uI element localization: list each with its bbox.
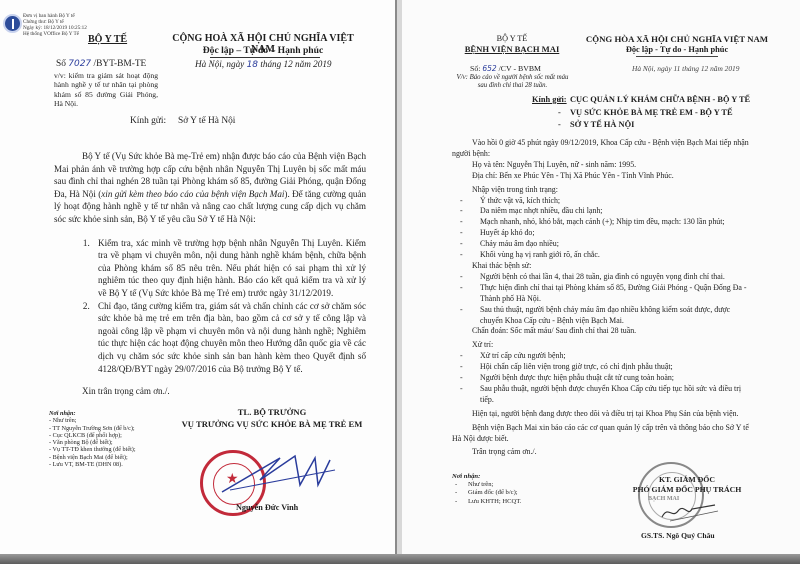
motto-underline [210, 57, 320, 58]
admission-item: Huyết áp khó đo; [480, 228, 752, 239]
closing-line: Trân trọng cảm ơn./. [452, 447, 752, 458]
closing-line: Xin trân trọng cảm ơn./. [82, 386, 170, 396]
request-item: Kiểm tra, xác minh về trường hợp bệnh nh… [92, 237, 366, 300]
document-date: Hà Nội, ngày 11 tháng 12 năm 2019 [632, 64, 739, 73]
admission-label: Nhập viện trong tình trạng: [452, 185, 752, 196]
distribution-label: Nơi nhận: [49, 410, 136, 417]
doc-number-prefix: Số [56, 59, 66, 69]
treatment-item: Hội chẩn cấp liên viện trong giờ trực, c… [480, 362, 752, 373]
signatory-title-line-1: KT. GIÁM ĐỐC [612, 475, 762, 485]
distribution-label: Nơi nhận: [452, 473, 521, 481]
distribution-item: - Văn phòng Bộ (để biết); [49, 439, 136, 446]
history-item: Người bệnh có thai lần 4, thai 28 tuần, … [480, 272, 752, 283]
current-status: Hiện tại, người bệnh đang được theo dõi … [452, 409, 752, 420]
handwritten-signature-icon [660, 503, 720, 523]
signatory-title-line-2: PHÓ GIÁM ĐỐC PHỤ TRÁCH [612, 485, 762, 495]
letter-body: Bộ Y tế (Vụ Sức khỏe Bà mẹ-Trẻ em) nhận … [54, 150, 366, 375]
document-subject: V/v: Báo cáo về người bệnh sốc mất máu s… [455, 74, 570, 90]
recipient: Sở Y tế Hà Nội [178, 116, 235, 126]
date-suffix: tháng 12 năm 2019 [260, 59, 331, 69]
admission-item: Ý thức vật vã, kích thích; [480, 196, 752, 207]
kinh-gui-label: Kính gửi: [532, 95, 567, 104]
scanner-bottom-edge [0, 554, 800, 564]
admission-list: Ý thức vật vã, kích thích; Da niêm mạc n… [452, 196, 752, 261]
e-signature-metadata: Đơn vị ban hành Bộ Y tế Chứng thư: Bộ Y … [23, 13, 87, 37]
doc-number-suffix: /BYT-BM-TE [94, 59, 147, 69]
request-list: Kiểm tra, xác minh về trường hợp bệnh nh… [54, 237, 366, 376]
distribution-items: Như trên; Giám đốc (để b/c); Lưu KHTH; H… [452, 481, 521, 506]
patient-address: Địa chỉ: Bến xe Phúc Yên - Thị Xã Phúc Y… [452, 171, 752, 182]
motto-underline [636, 56, 718, 57]
admission-item: Khối vùng hạ vị ranh giới rõ, ấn chắc. [480, 250, 752, 261]
distribution-item: - TT Nguyễn Trường Sơn (để b/c); [49, 425, 136, 432]
parent-agency: BỘ Y TẾ [462, 34, 562, 43]
date-day-handwritten: 18 [247, 60, 258, 70]
distribution-item: - Vụ TT-TĐ khen thưởng (để biết); [49, 446, 136, 453]
history-item: Sau thủ thuật, người bệnh chảy máu âm đạ… [480, 305, 752, 327]
stamp-text: BẠCH MAI [648, 496, 679, 502]
history-list: Người bệnh có thai lần 4, thai 28 tuần, … [452, 272, 752, 327]
document-date: Hà Nội, ngày 18 tháng 12 năm 2019 [195, 59, 332, 70]
recipient-item: CỤC QUẢN LÝ KHÁM CHỮA BỆNH - BỘ Y TẾ [570, 94, 750, 107]
doc-number-prefix: Số: [470, 64, 480, 73]
distribution-list: Nơi nhận: Như trên; Giám đốc (để b/c); L… [452, 473, 521, 506]
history-item: Thực hiện đình chỉ thai tại Phòng khám s… [480, 283, 752, 305]
intro-italic: xin gửi kèm theo báo cáo của bệnh viện B… [101, 189, 284, 199]
doc-number-handwritten: 652 [482, 64, 496, 73]
recipient-item: SỞ Y TẾ HÀ NỘI [570, 119, 750, 132]
treatment-list: Xử trí cấp cứu người bệnh; Hội chẩn cấp … [452, 351, 752, 406]
treatment-label: Xử trí: [452, 340, 752, 351]
history-label: Khai thác bệnh sử: [452, 261, 752, 272]
admission-item: Chảy máu âm đạo nhiều; [480, 239, 752, 250]
distribution-item: - Lưu VT, BM-TE (DHN 08). [49, 461, 136, 468]
date-prefix: Hà Nội, ngày [195, 59, 244, 69]
signatory-title: TL. BỘ TRƯỞNG VỤ TRƯỞNG VỤ SỨC KHỎE BÀ M… [172, 407, 372, 430]
treatment-item: Sau phẫu thuật, người bệnh được chuyển K… [480, 384, 752, 406]
admission-item: Mạch nhanh, nhỏ, khó bắt, mạch cảnh (+);… [480, 217, 752, 228]
distribution-item: - Như trên; [49, 417, 136, 424]
distribution-item: Giám đốc (để b/c); [468, 489, 521, 497]
ministry-letter-page: Đơn vị ban hành Bộ Y tế Chứng thư: Bộ Y … [0, 0, 397, 556]
doc-number-suffix: /CV - BVBM [499, 64, 541, 73]
intro-paragraph: Vào hồi 0 giờ 45 phút ngày 09/12/2019, K… [452, 138, 752, 160]
report-body: Vào hồi 0 giờ 45 phút ngày 09/12/2019, K… [452, 138, 752, 458]
treatment-item: Xử trí cấp cứu người bệnh; [480, 351, 752, 362]
diagnosis: Chẩn đoán: Sốc mất máu/ Sau đình chỉ tha… [452, 326, 752, 337]
doc-number-handwritten: 7027 [68, 59, 91, 69]
document-number: Số 7027 /BYT-BM-TE [56, 59, 146, 69]
patient-name: Họ và tên: Nguyễn Thị Luyên, nữ - sinh n… [452, 160, 752, 171]
signer-name: Nguyễn Đức Vinh [236, 503, 298, 512]
recipient-item: VỤ SỨC KHỎE BÀ MẸ TRẺ EM - BỘ Y TẾ [570, 107, 750, 120]
national-motto: Độc lập - Tự do - Hạnh phúc [577, 45, 777, 54]
signatory-title-line-1: TL. BỘ TRƯỞNG [172, 407, 372, 419]
distribution-item: Lưu KHTH; HCQT. [468, 498, 521, 506]
intro-paragraph: Bộ Y tế (Vụ Sức khỏe Bà mẹ-Trẻ em) nhận … [54, 150, 366, 226]
signatory-title-line-2: VỤ TRƯỞNG VỤ SỨC KHỎE BÀ MẸ TRẺ EM [172, 419, 372, 431]
distribution-list: Nơi nhận: - Như trên; - TT Nguyễn Trường… [49, 410, 136, 468]
kinh-gui-label: Kính gửi: [130, 116, 166, 126]
distribution-item: - Cục QLKCB (để phối hợp); [49, 432, 136, 439]
national-title: CỘNG HÒA XÃ HỘI CHỦ NGHĨA VIỆT NAM [577, 34, 777, 44]
national-motto: Độc lập – Tự do – Hạnh phúc [163, 45, 363, 56]
ministry-emblem-icon [3, 14, 22, 33]
document-subject: v/v: kiểm tra giám sát hoạt động hành ng… [54, 71, 158, 108]
issuing-agency: BỘ Y TẾ [88, 34, 128, 45]
issuing-agency: BỆNH VIỆN BẠCH MAI [462, 44, 562, 54]
recipient-list: CỤC QUẢN LÝ KHÁM CHỮA BỆNH - BỘ Y TẾ VỤ … [570, 94, 750, 132]
document-number: Số: 652 /CV - BVBM [470, 64, 541, 73]
meta-system: Hệ thống VOffice Bộ Y Tế [23, 31, 87, 37]
closing-text: Xin trân trọng cảm ơn./. [82, 386, 170, 396]
signatory-title: KT. GIÁM ĐỐC PHÓ GIÁM ĐỐC PHỤ TRÁCH [612, 475, 762, 494]
admission-item: Da niêm mạc nhợt nhiều, đầu chi lạnh; [480, 206, 752, 217]
signer-name: GS.TS. Ngô Quý Châu [641, 531, 715, 540]
request-item: Chỉ đạo, tăng cường kiểm tra, giám sát v… [92, 300, 366, 376]
distribution-item: Như trên; [468, 481, 521, 489]
treatment-item: Người bệnh được thực hiện phẫu thuật cắt… [480, 373, 752, 384]
distribution-item: - Bệnh viện Bạch Mai (để biết); [49, 454, 136, 461]
report-statement: Bệnh viện Bạch Mai xin báo cáo các cơ qu… [452, 423, 752, 445]
handwritten-signature-icon [220, 450, 340, 500]
